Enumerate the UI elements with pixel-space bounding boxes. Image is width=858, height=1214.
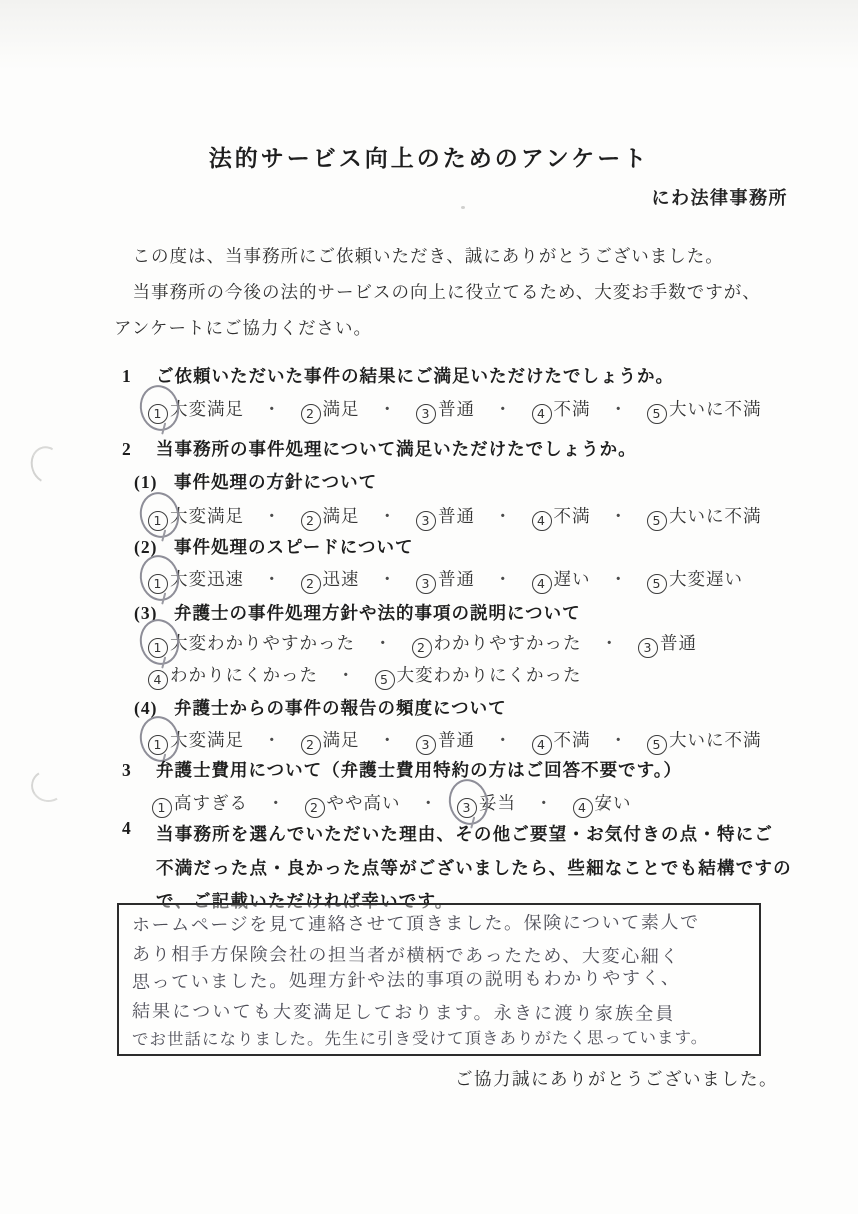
option-number-circle: 4 (148, 670, 168, 690)
sub-question-number: (1) (134, 472, 174, 493)
sub-question-number: (3) (134, 603, 174, 624)
option-number-circle: 2 (301, 404, 321, 424)
option-item: 5大いに不満 (647, 503, 762, 531)
option-item: 1大変満足 (148, 503, 244, 531)
intro-line: この度は、当事務所にご依頼いただき、誠にありがとうございました。 (114, 238, 804, 274)
question-2-1-header: (1) 事件処理の方針について (134, 469, 377, 494)
option-item: 4不満 (532, 396, 591, 424)
option-item: 3妥当 (457, 790, 516, 818)
option-item: 1高すぎる (152, 790, 248, 818)
option-label: わかりやすかった (434, 633, 582, 653)
option-item: 4わかりにくかった (148, 662, 318, 690)
option-label: わかりにくかった (170, 665, 318, 685)
option-number-circle: 4 (532, 511, 552, 531)
firm-name: にわ法律事務所 (652, 184, 789, 210)
option-number-circle: 5 (647, 404, 667, 424)
option-separator: ・ (420, 793, 439, 813)
handwritten-comment-line: ホームページを見て連絡させて頂きました。保険について素人で (132, 909, 751, 941)
option-label: 満足 (323, 730, 360, 750)
question-2-2-header: (2) 事件処理のスピードについて (134, 534, 413, 559)
option-separator: ・ (263, 506, 282, 526)
option-label: 不満 (554, 506, 591, 526)
option-number-circle: 3 (416, 511, 436, 531)
option-number-circle: 1 (148, 735, 168, 755)
question-2-3-header: (3) 弁護士の事件処理方針や法的事項の説明について (134, 600, 581, 625)
question-1-options: 1大変満足・2満足・3普通・4不満・5大いに不満 (148, 396, 762, 424)
option-number-circle: 1 (148, 404, 168, 424)
option-separator: ・ (601, 633, 620, 653)
option-number-circle: 2 (301, 735, 321, 755)
option-item: 1大変迅速 (148, 566, 244, 594)
option-label: 大変満足 (170, 506, 244, 526)
scan-dot-artifact (461, 206, 465, 209)
intro-line: 当事務所の今後の法的サービスの向上に役立てるため、大変お手数ですが、 (114, 274, 804, 310)
option-item: 5大変遅い (647, 566, 743, 594)
option-number-circle: 1 (148, 511, 168, 531)
option-item: 2やや高い (305, 790, 401, 818)
option-item: 3普通 (638, 630, 697, 658)
handwritten-comment-line: 思っていました。処理方針や法的事項の説明もわかりやすく、 (132, 964, 751, 997)
option-separator: ・ (337, 665, 356, 685)
option-item: 3普通 (416, 396, 475, 424)
option-number-circle: 3 (416, 574, 436, 594)
option-item: 4不満 (532, 503, 591, 531)
option-separator: ・ (535, 793, 554, 813)
scan-curl-artifact (28, 767, 68, 805)
option-number-circle: 3 (638, 638, 658, 658)
option-number-circle: 1 (148, 638, 168, 658)
option-item: 5大変わかりにくかった (375, 662, 582, 690)
option-item: 3普通 (416, 566, 475, 594)
option-number-circle: 3 (416, 735, 436, 755)
option-label: 不満 (554, 730, 591, 750)
option-separator: ・ (610, 506, 629, 526)
question-2-2-options: 1大変迅速・2迅速・3普通・4遅い・5大変遅い (148, 566, 743, 594)
option-label: 普通 (438, 506, 475, 526)
option-number-circle: 5 (375, 670, 395, 690)
option-separator: ・ (374, 633, 393, 653)
option-label: 満足 (323, 399, 360, 419)
option-separator: ・ (610, 399, 629, 419)
option-separator: ・ (494, 399, 513, 419)
option-item: 2迅速 (301, 566, 360, 594)
question-text: ご依頼いただいた事件の結果にご満足いただけたでしょうか。 (156, 363, 674, 388)
option-number-circle: 3 (416, 404, 436, 424)
option-number-circle: 3 (457, 798, 477, 818)
option-separator: ・ (263, 730, 282, 750)
option-item: 4遅い (532, 566, 591, 594)
option-label: 普通 (660, 633, 697, 653)
option-label: 大変満足 (170, 399, 244, 419)
questionnaire-page: 法的サービス向上のためのアンケート にわ法律事務所 この度は、当事務所にご依頼い… (0, 0, 858, 1214)
question-2-1-options: 1大変満足・2満足・3普通・4不満・5大いに不満 (148, 503, 762, 531)
option-item: 4不満 (532, 727, 591, 755)
option-separator: ・ (267, 793, 286, 813)
option-item: 2満足 (301, 503, 360, 531)
option-number-circle: 1 (148, 574, 168, 594)
intro-line: アンケートにご協力ください。 (114, 310, 804, 346)
option-label: 迅速 (323, 569, 360, 589)
question-text: 弁護士費用について（弁護士費用特約の方はご回答不要です。） (156, 757, 682, 782)
option-item: 3普通 (416, 727, 475, 755)
question-number: 3 (122, 760, 156, 781)
option-number-circle: 4 (532, 735, 552, 755)
question-number: 1 (122, 366, 156, 387)
question-text-line: 不満だった点・良かった点等がございましたら、些細なことでも結構ですの (156, 852, 792, 886)
option-label: 大いに不満 (669, 399, 762, 419)
option-label: 大変遅い (669, 569, 743, 589)
question-number: 2 (122, 439, 156, 460)
option-separator: ・ (379, 569, 398, 589)
sub-question-text: 事件処理の方針について (174, 469, 377, 494)
option-number-circle: 2 (305, 798, 325, 818)
option-item: 2わかりやすかった (412, 630, 582, 658)
option-number-circle: 5 (647, 511, 667, 531)
option-number-circle: 4 (573, 798, 593, 818)
question-2-4-header: (4) 弁護士からの事件の報告の頻度について (134, 695, 507, 720)
question-2-4-options: 1大変満足・2満足・3普通・4不満・5大いに不満 (148, 727, 762, 755)
option-label: 大変迅速 (170, 569, 244, 589)
option-separator: ・ (379, 399, 398, 419)
option-separator: ・ (379, 730, 398, 750)
option-label: 大変わかりにくかった (397, 665, 582, 685)
option-item: 4安い (573, 790, 632, 818)
option-item: 1大変わかりやすかった (148, 630, 355, 658)
option-number-circle: 4 (532, 574, 552, 594)
option-label: 普通 (438, 569, 475, 589)
closing-thanks: ご協力誠にありがとうございました。 (455, 1066, 778, 1091)
option-number-circle: 5 (647, 574, 667, 594)
sub-question-text: 事件処理のスピードについて (174, 534, 413, 559)
option-label: 安い (595, 793, 632, 813)
option-number-circle: 1 (152, 798, 172, 818)
sub-question-number: (4) (134, 698, 174, 719)
free-comment-box: ホームページを見て連絡させて頂きました。保険について素人で あり相手方保険会社の… (117, 903, 761, 1056)
handwritten-comment-line: でお世話になりました。先生に引き受けて頂きありがたく思っています。 (132, 1024, 751, 1055)
option-label: やや高い (327, 793, 401, 813)
option-number-circle: 4 (532, 404, 552, 424)
option-number-circle: 2 (301, 511, 321, 531)
option-separator: ・ (263, 399, 282, 419)
question-text: 当事務所の事件処理について満足いただけたでしょうか。 (156, 436, 637, 461)
question-2-3-options-row2: 4わかりにくかった・5大変わかりにくかった (148, 662, 582, 690)
option-item: 1大変満足 (148, 727, 244, 755)
option-item: 2満足 (301, 396, 360, 424)
option-label: 大いに不満 (669, 730, 762, 750)
option-label: 普通 (438, 399, 475, 419)
question-2-3-options-row1: 1大変わかりやすかった・2わかりやすかった・3普通 (148, 630, 697, 658)
sub-question-number: (2) (134, 537, 174, 558)
option-label: 大いに不満 (669, 506, 762, 526)
option-number-circle: 2 (301, 574, 321, 594)
option-item: 5大いに不満 (647, 727, 762, 755)
option-label: 不満 (554, 399, 591, 419)
option-separator: ・ (494, 506, 513, 526)
question-1-header: 1 ご依頼いただいた事件の結果にご満足いただけたでしょうか。 (122, 363, 674, 388)
question-text-line: 当事務所を選んでいただいた理由、その他ご要望・お気付きの点・特にご (156, 818, 792, 852)
sub-question-text: 弁護士からの事件の報告の頻度について (174, 695, 507, 720)
question-2-header: 2 当事務所の事件処理について満足いただけたでしょうか。 (122, 436, 637, 461)
option-separator: ・ (494, 730, 513, 750)
option-separator: ・ (263, 569, 282, 589)
option-label: 大変満足 (170, 730, 244, 750)
option-item: 5大いに不満 (647, 396, 762, 424)
option-label: 大変わかりやすかった (170, 633, 355, 653)
option-label: 妥当 (479, 793, 516, 813)
scan-curl-artifact (26, 442, 68, 488)
option-label: 高すぎる (174, 793, 248, 813)
option-label: 満足 (323, 506, 360, 526)
option-label: 遅い (554, 569, 591, 589)
question-3-header: 3 弁護士費用について（弁護士費用特約の方はご回答不要です。） (122, 757, 682, 782)
question-3-options: 1高すぎる・2やや高い・3妥当・4安い (152, 790, 632, 818)
option-separator: ・ (494, 569, 513, 589)
page-title: 法的サービス向上のためのアンケート (0, 140, 858, 173)
option-item: 2満足 (301, 727, 360, 755)
option-separator: ・ (610, 569, 629, 589)
option-number-circle: 2 (412, 638, 432, 658)
option-number-circle: 5 (647, 735, 667, 755)
intro-paragraph: この度は、当事務所にご依頼いただき、誠にありがとうございました。 当事務所の今後… (114, 238, 804, 346)
option-item: 1大変満足 (148, 396, 244, 424)
option-separator: ・ (610, 730, 629, 750)
option-item: 3普通 (416, 503, 475, 531)
sub-question-text: 弁護士の事件処理方針や法的事項の説明について (174, 600, 581, 625)
option-label: 普通 (438, 730, 475, 750)
option-separator: ・ (379, 506, 398, 526)
